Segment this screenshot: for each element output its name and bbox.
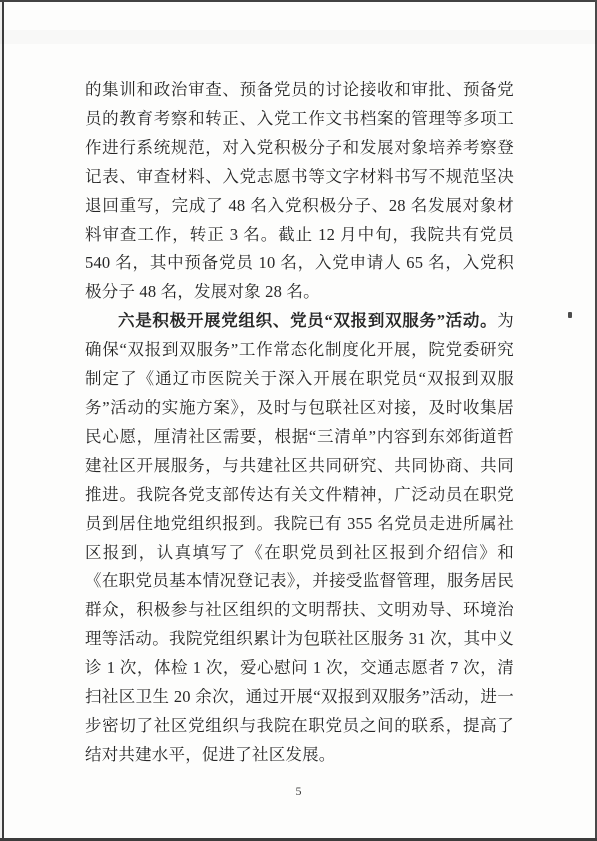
scan-edge-left <box>2 0 4 841</box>
scan-edge-top <box>0 0 597 2</box>
text-run: 的集训和政治审查、预备党员的讨论接收和审批、预备党员的教育考察和转正、入党工作文… <box>85 80 514 301</box>
scan-artifact-band <box>0 30 597 44</box>
emphasis-text-run: 六是积极开展党组织、党员“双报到双服务”活动。 <box>118 311 497 330</box>
paragraph: 六是积极开展党组织、党员“双报到双服务”活动。为确保“双报到双服务”工作常态化制… <box>85 307 514 770</box>
scan-speck <box>568 312 572 318</box>
document-page: 的集训和政治审查、预备党员的讨论接收和审批、预备党员的教育考察和转正、入党工作文… <box>0 0 597 841</box>
document-body-text: 的集训和政治审查、预备党员的讨论接收和审批、预备党员的教育考察和转正、入党工作文… <box>85 76 514 770</box>
text-run: 为确保“双报到双服务”工作常态化制度化开展，院党委研究制定了《通辽市医院关于深入… <box>85 311 514 764</box>
paragraph: 的集训和政治审查、预备党员的讨论接收和审批、预备党员的教育考察和转正、入党工作文… <box>85 76 514 307</box>
page-number: 5 <box>0 784 597 799</box>
